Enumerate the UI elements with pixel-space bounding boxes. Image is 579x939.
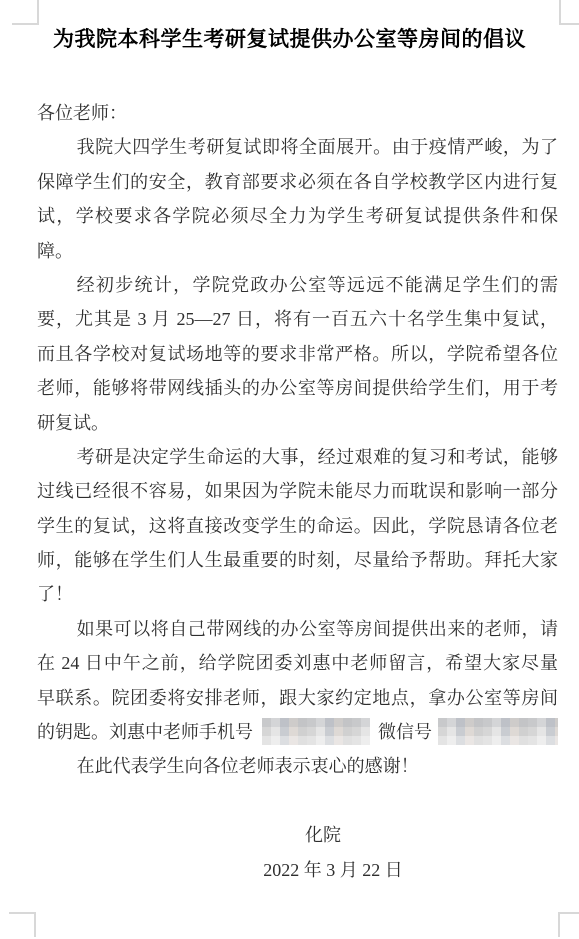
paragraph-2-line: 要，尤其是 3 月 25—27 日，将有一百五六十名学生集中复试， bbox=[37, 302, 558, 336]
paragraph-3-line: 了！ bbox=[37, 577, 558, 611]
blank-line bbox=[37, 784, 558, 818]
paragraph-1-line: 保障学生们的安全，教育部要求必须在各自学校教学区内进行复 bbox=[37, 165, 558, 199]
paragraph-3-line: 学生的复试，这将直接改变学生的命运。因此，学院恳请各位老 bbox=[37, 509, 558, 543]
paragraph-2-line: 而且各学校对复试场地等的要求非常严格。所以，学院希望各位 bbox=[37, 337, 558, 371]
paragraph-2-line: 老师，能够将带网线插头的办公室等房间提供给学生们，用于考 bbox=[37, 371, 558, 405]
paragraph-2-line: 研复试。 bbox=[37, 406, 558, 440]
document-body: 各位老师： 我院大四学生考研复试即将全面展开。由于疫情严峻，为了 保障学生们的安… bbox=[37, 96, 558, 887]
redacted-phone-number bbox=[262, 718, 370, 745]
salutation: 各位老师： bbox=[37, 96, 558, 130]
margin-crop-mark-top-right bbox=[559, 0, 579, 25]
margin-crop-mark-top-left bbox=[12, 0, 39, 25]
margin-crop-mark-bottom-left bbox=[9, 912, 36, 937]
paragraph-3-line: 过线已经很不容易，如果因为学院未能尽力而耽误和影响一部分 bbox=[37, 474, 558, 508]
document-title: 为我院本科学生考研复试提供办公室等房间的倡议 bbox=[0, 24, 579, 56]
paragraph-3-line: 师，能够在学生们人生最重要的时刻，尽量给予帮助。拜托大家 bbox=[37, 543, 558, 577]
closing-line: 在此代表学生向各位老师表示衷心的感谢！ bbox=[37, 749, 558, 783]
paragraph-1-line: 我院大四学生考研复试即将全面展开。由于疫情严峻，为了 bbox=[37, 130, 558, 164]
margin-crop-mark-bottom-right bbox=[558, 912, 579, 937]
wechat-label: 微信号 bbox=[378, 722, 432, 742]
paragraph-4-line: 在 24 日中午之前，给学院团委刘惠中老师留言，希望大家尽量 bbox=[37, 646, 558, 680]
redacted-wechat-id bbox=[438, 718, 558, 745]
contact-line: 的钥匙。刘惠中老师手机号微信号 bbox=[37, 715, 558, 749]
paragraph-4-line: 早联系。院团委将安排老师，跟大家约定地点，拿办公室等房间 bbox=[37, 681, 558, 715]
paragraph-1-line: 障。 bbox=[37, 234, 558, 268]
paragraph-2-line: 经初步统计，学院党政办公室等远远不能满足学生们的需 bbox=[37, 268, 558, 302]
paragraph-1-line: 试，学校要求各学院必须尽全力为学生考研复试提供条件和保 bbox=[37, 199, 558, 233]
signature-date: 2022 年 3 月 22 日 bbox=[37, 853, 558, 887]
phone-label: 的钥匙。刘惠中老师手机号 bbox=[37, 722, 253, 742]
paragraph-3-line: 考研是决定学生命运的大事，经过艰难的复习和考试，能够 bbox=[37, 440, 558, 474]
document-page: 为我院本科学生考研复试提供办公室等房间的倡议 各位老师： 我院大四学生考研复试即… bbox=[0, 0, 579, 939]
paragraph-4-line: 如果可以将自己带网线的办公室等房间提供出来的老师，请 bbox=[37, 612, 558, 646]
signature: 化院 bbox=[37, 818, 558, 852]
